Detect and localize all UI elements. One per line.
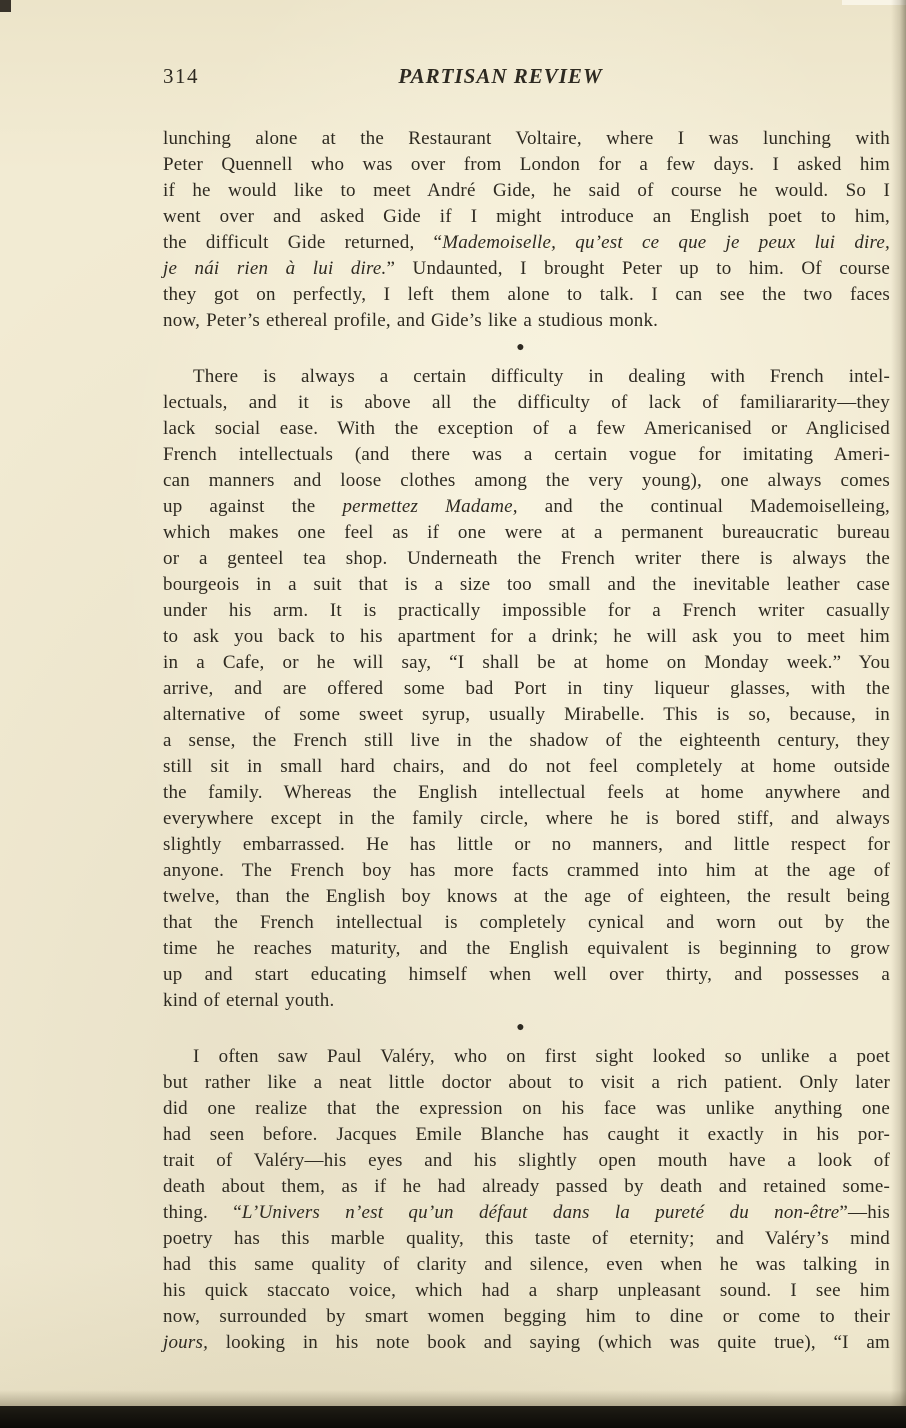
text-line: went over and asked Gide if I might intr… [163, 204, 890, 230]
text-segment: alternative of some sweet syrup, usually… [163, 704, 890, 725]
text-line: had seen before. Jacques Emile Blanche h… [163, 1122, 890, 1148]
text-segment: arrive, and are offered some bad Port in… [163, 678, 890, 699]
text-segment: There is always a certain difficulty in … [193, 366, 890, 387]
spine-corner-shadow [0, 0, 11, 12]
text-segment: had seen before. Jacques Emile Blanche h… [163, 1124, 890, 1145]
text-line: twelve, than the English boy knows at th… [163, 884, 890, 910]
text-line: did one realize that the expression on h… [163, 1096, 890, 1122]
text-segment: and the continual Mademoiselleing, [518, 496, 890, 517]
text-line: kind of eternal youth. [163, 988, 890, 1014]
text-segment: poetry has this marble quality, this tas… [163, 1228, 890, 1249]
text-segment: bourgeois in a suit that is a size too s… [163, 574, 890, 595]
paragraph: lunching alone at the Restaurant Voltair… [163, 126, 890, 334]
page-right-edge-shadow [891, 0, 906, 1428]
text-segment: ” Undaunted, I brought Peter up to him. … [387, 258, 891, 279]
text-line: poetry has this marble quality, this tas… [163, 1226, 890, 1252]
text-segment: which makes one feel as if one were at a… [163, 522, 890, 543]
italic-text-segment: je nái rien à lui dire. [163, 258, 387, 279]
text-segment: a sense, the French still live in the sh… [163, 730, 890, 751]
text-line: now, surrounded by smart women begging h… [163, 1304, 890, 1330]
book-spine-edge [0, 0, 34, 1428]
text-segment: up and start educating himself when well… [163, 964, 890, 985]
text-line: still sit in small hard chairs, and do n… [163, 754, 890, 780]
page-header: 314 PARTISAN REVIEW [163, 64, 890, 92]
text-segment: French intellectuals (and there was a ce… [163, 444, 890, 465]
text-line: the difficult Gide returned, “Mademoisel… [163, 230, 890, 256]
text-line: jours, looking in his note book and sayi… [163, 1330, 890, 1356]
text-line: that the French intellectual is complete… [163, 910, 890, 936]
paragraph: I often saw Paul Valéry, who on first si… [163, 1044, 890, 1356]
text-line: French intellectuals (and there was a ce… [163, 442, 890, 468]
section-separator: ● [163, 334, 890, 364]
text-segment: still sit in small hard chairs, and do n… [163, 756, 890, 777]
text-line: or a genteel tea shop. Underneath the Fr… [163, 546, 890, 572]
text-segment: that the French intellectual is complete… [163, 912, 890, 933]
text-line: lunching alone at the Restaurant Voltair… [163, 126, 890, 152]
text-line: anyone. The French boy has more facts cr… [163, 858, 890, 884]
text-line: they got on perfectly, I left them alone… [163, 282, 890, 308]
text-line: if he would like to meet André Gide, he … [163, 178, 890, 204]
text-segment: went over and asked Gide if I might intr… [163, 206, 890, 227]
text-line: to ask you back to his apartment for a d… [163, 624, 890, 650]
text-line: bourgeois in a suit that is a size too s… [163, 572, 890, 598]
text-line: in a Cafe, or he will say, “I shall be a… [163, 650, 890, 676]
text-line: There is always a certain difficulty in … [163, 364, 890, 390]
text-segment: death about them, as if he had already p… [163, 1176, 890, 1197]
text-segment: in a Cafe, or he will say, “I shall be a… [163, 652, 890, 673]
text-segment: lack social ease. With the exception of … [163, 418, 890, 439]
text-line: trait of Valéry—his eyes and his slightl… [163, 1148, 890, 1174]
text-segment: trait of Valéry—his eyes and his slightl… [163, 1150, 890, 1171]
italic-text-segment: permettez Madame, [342, 496, 517, 517]
text-segment: or a genteel tea shop. Underneath the Fr… [163, 548, 890, 569]
text-line: slightly embarrassed. He has little or n… [163, 832, 890, 858]
page-content: 314 PARTISAN REVIEW lunching alone at th… [163, 64, 890, 1356]
page-bottom-edge-shadow [0, 1390, 906, 1406]
text-segment: the family. Whereas the English intellec… [163, 782, 890, 803]
scanned-book-page: 314 PARTISAN REVIEW lunching alone at th… [0, 0, 906, 1428]
text-line: lack social ease. With the exception of … [163, 416, 890, 442]
text-line: a sense, the French still live in the sh… [163, 728, 890, 754]
journal-title: PARTISAN REVIEW [163, 64, 838, 89]
text-line: can manners and loose clothes among the … [163, 468, 890, 494]
text-segment: lectuals, and it is above all the diffic… [163, 392, 890, 413]
text-segment: they got on perfectly, I left them alone… [163, 284, 890, 305]
text-segment: his quick staccato voice, which had a sh… [163, 1280, 890, 1301]
text-line: lectuals, and it is above all the diffic… [163, 390, 890, 416]
text-segment: thing. “ [163, 1202, 242, 1223]
text-segment: now, surrounded by smart women begging h… [163, 1306, 890, 1327]
text-line: arrive, and are offered some bad Port in… [163, 676, 890, 702]
text-line: time he reaches maturity, and the Englis… [163, 936, 890, 962]
text-line: thing. “L’Univers n’est qu’un défaut dan… [163, 1200, 890, 1226]
text-line: the family. Whereas the English intellec… [163, 780, 890, 806]
text-segment: can manners and loose clothes among the … [163, 470, 890, 491]
text-line: now, Peter’s ethereal profile, and Gide’… [163, 308, 890, 334]
article-body: lunching alone at the Restaurant Voltair… [163, 126, 890, 1356]
text-line: Peter Quennell who was over from London … [163, 152, 890, 178]
italic-text-segment: L’Univers n’est qu’un défaut dans la pur… [242, 1202, 840, 1223]
text-segment: Peter Quennell who was over from London … [163, 154, 890, 175]
text-segment: the difficult Gide returned, “ [163, 232, 442, 253]
text-segment: did one realize that the expression on h… [163, 1098, 890, 1119]
text-segment: everywhere except in the family circle, … [163, 808, 890, 829]
text-segment: kind of eternal youth. [163, 990, 334, 1011]
text-segment: anyone. The French boy has more facts cr… [163, 860, 890, 881]
text-line: je nái rien à lui dire.” Undaunted, I br… [163, 256, 890, 282]
text-segment: time he reaches maturity, and the Englis… [163, 938, 890, 959]
text-line: which makes one feel as if one were at a… [163, 520, 890, 546]
text-line: but rather like a neat little doctor abo… [163, 1070, 890, 1096]
bullet-separator-icon: ● [516, 1020, 524, 1035]
text-line: I often saw Paul Valéry, who on first si… [163, 1044, 890, 1070]
text-segment: looking in his note book and saying (whi… [208, 1332, 890, 1353]
text-segment: but rather like a neat little doctor abo… [163, 1072, 890, 1093]
text-line: everywhere except in the family circle, … [163, 806, 890, 832]
text-segment: under his arm. It is practically impossi… [163, 600, 890, 621]
text-line: up and start educating himself when well… [163, 962, 890, 988]
text-line: his quick staccato voice, which had a sh… [163, 1278, 890, 1304]
text-line: alternative of some sweet syrup, usually… [163, 702, 890, 728]
text-segment: I often saw Paul Valéry, who on first si… [193, 1046, 890, 1067]
section-separator: ● [163, 1014, 890, 1044]
text-segment: slightly embarrassed. He has little or n… [163, 834, 890, 855]
text-segment: ”—his [839, 1202, 890, 1223]
text-line: under his arm. It is practically impossi… [163, 598, 890, 624]
text-segment: now, Peter’s ethereal profile, and Gide’… [163, 310, 658, 331]
text-segment: had this same quality of clarity and sil… [163, 1254, 890, 1275]
text-line: had this same quality of clarity and sil… [163, 1252, 890, 1278]
text-segment: if he would like to meet André Gide, he … [163, 180, 890, 201]
text-segment: to ask you back to his apartment for a d… [163, 626, 890, 647]
text-segment: twelve, than the English boy knows at th… [163, 886, 890, 907]
bullet-separator-icon: ● [516, 340, 524, 355]
text-line: death about them, as if he had already p… [163, 1174, 890, 1200]
text-line: up against the permettez Madame, and the… [163, 494, 890, 520]
paragraph: There is always a certain difficulty in … [163, 364, 890, 1014]
scanner-bed-strip [0, 1406, 906, 1428]
italic-text-segment: jours, [163, 1332, 208, 1353]
text-segment: lunching alone at the Restaurant Voltair… [163, 128, 890, 149]
text-segment: up against the [163, 496, 342, 517]
italic-text-segment: Mademoiselle, qu’est ce que je peux lui … [442, 232, 890, 253]
